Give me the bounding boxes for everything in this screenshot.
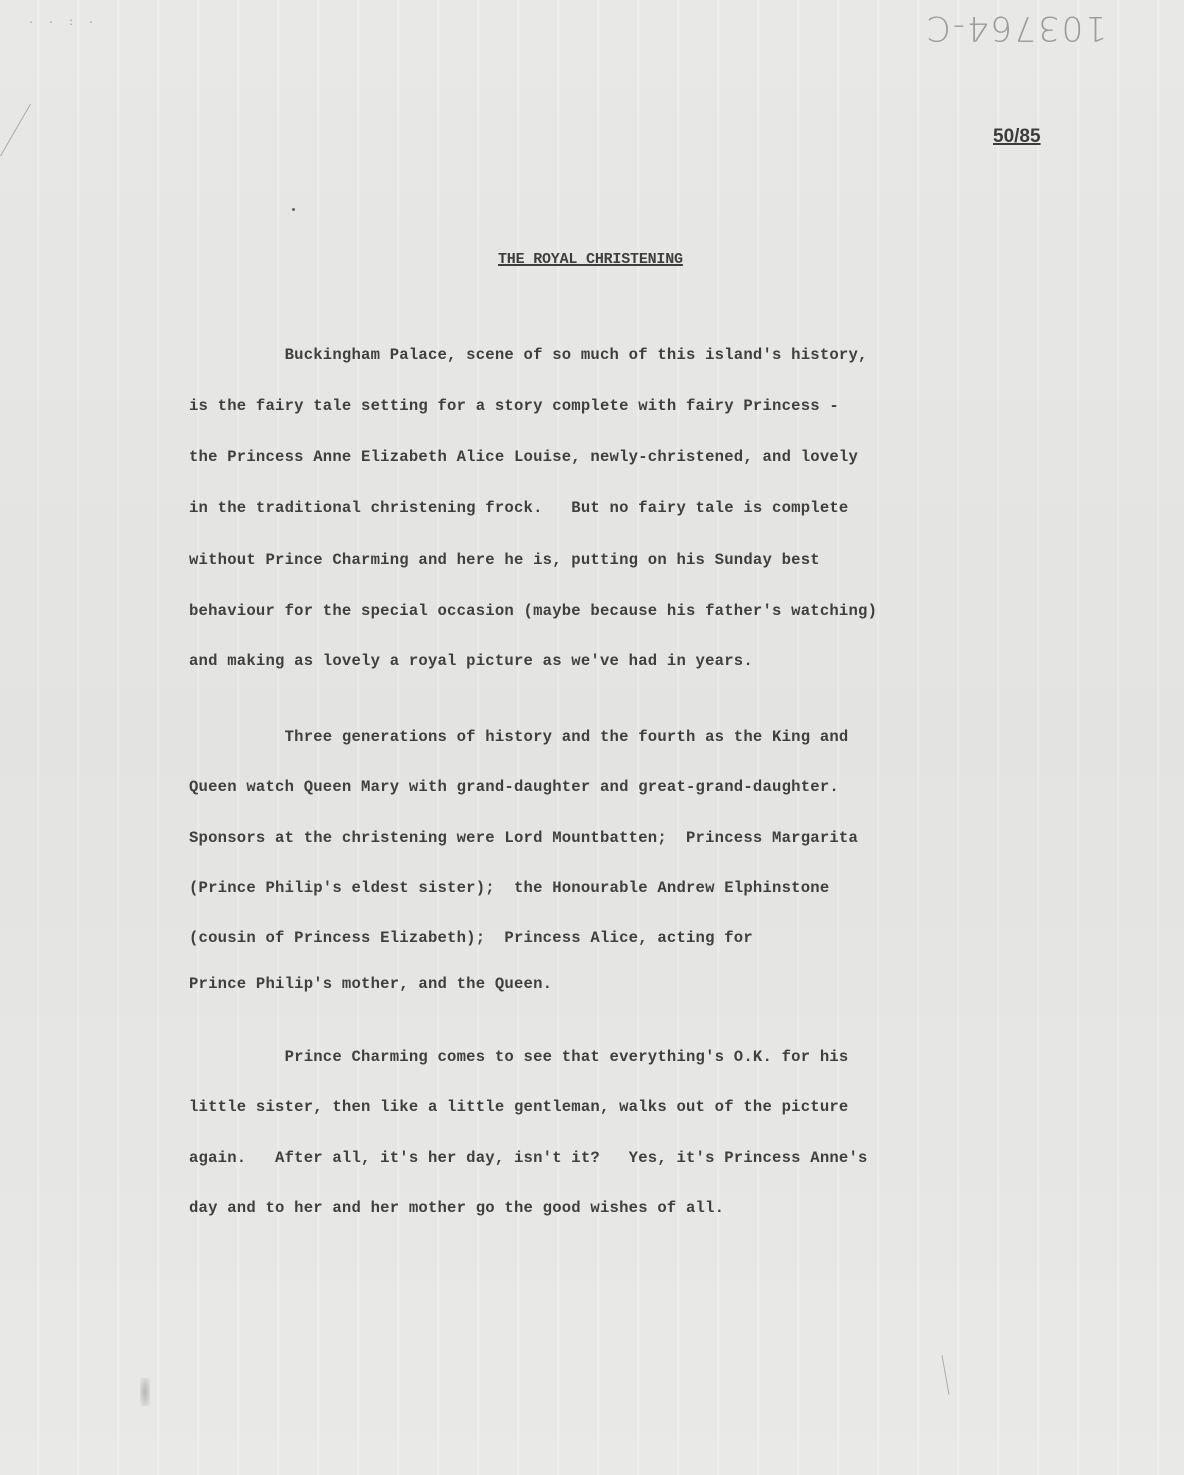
paragraph-1-line-3: the Princess Anne Elizabeth Alice Louise…	[189, 448, 858, 466]
paragraph-2-line-1: Three generations of history and the fou…	[189, 728, 849, 746]
paragraph-1-line-6: behaviour for the special occasion (mayb…	[189, 602, 877, 620]
paper-smudge	[140, 1378, 150, 1406]
paragraph-2-line-3: Sponsors at the christening were Lord Mo…	[189, 829, 858, 847]
paragraph-1-line-5: without Prince Charming and here he is, …	[189, 551, 820, 569]
document-title: THE ROYAL CHRISTENING	[498, 251, 683, 268]
paragraph-2-line-4: (Prince Philip's eldest sister); the Hon…	[189, 879, 829, 897]
paragraph-1-line-7: and making as lovely a royal picture as …	[189, 652, 753, 670]
stray-dot	[292, 208, 295, 211]
paragraph-1-line-2: is the fairy tale setting for a story co…	[189, 397, 839, 415]
corner-marks: · · : ·	[28, 18, 98, 29]
paper-scratch	[942, 1355, 950, 1395]
paper-scratch	[0, 104, 31, 156]
paragraph-1-line-4: in the traditional christening frock. Bu…	[189, 499, 849, 517]
page-number: 50/85	[993, 126, 1041, 148]
paragraph-2-line-5: (cousin of Princess Elizabeth); Princess…	[189, 929, 753, 947]
paragraph-3-line-2: little sister, then like a little gentle…	[189, 1098, 849, 1116]
paragraph-3-line-1: Prince Charming comes to see that everyt…	[189, 1048, 849, 1066]
archive-number-handwritten: 103764-C	[925, 8, 1107, 48]
paragraph-2-line-6: Prince Philip's mother, and the Queen.	[189, 975, 552, 993]
paragraph-3-line-4: day and to her and her mother go the goo…	[189, 1199, 724, 1217]
typewritten-page: · · : · 103764-C 50/85 THE ROYAL CHRISTE…	[0, 0, 1184, 1475]
paragraph-3-line-3: again. After all, it's her day, isn't it…	[189, 1149, 868, 1167]
paragraph-2-line-2: Queen watch Queen Mary with grand-daught…	[189, 778, 839, 796]
paragraph-1-line-1: Buckingham Palace, scene of so much of t…	[189, 346, 868, 364]
